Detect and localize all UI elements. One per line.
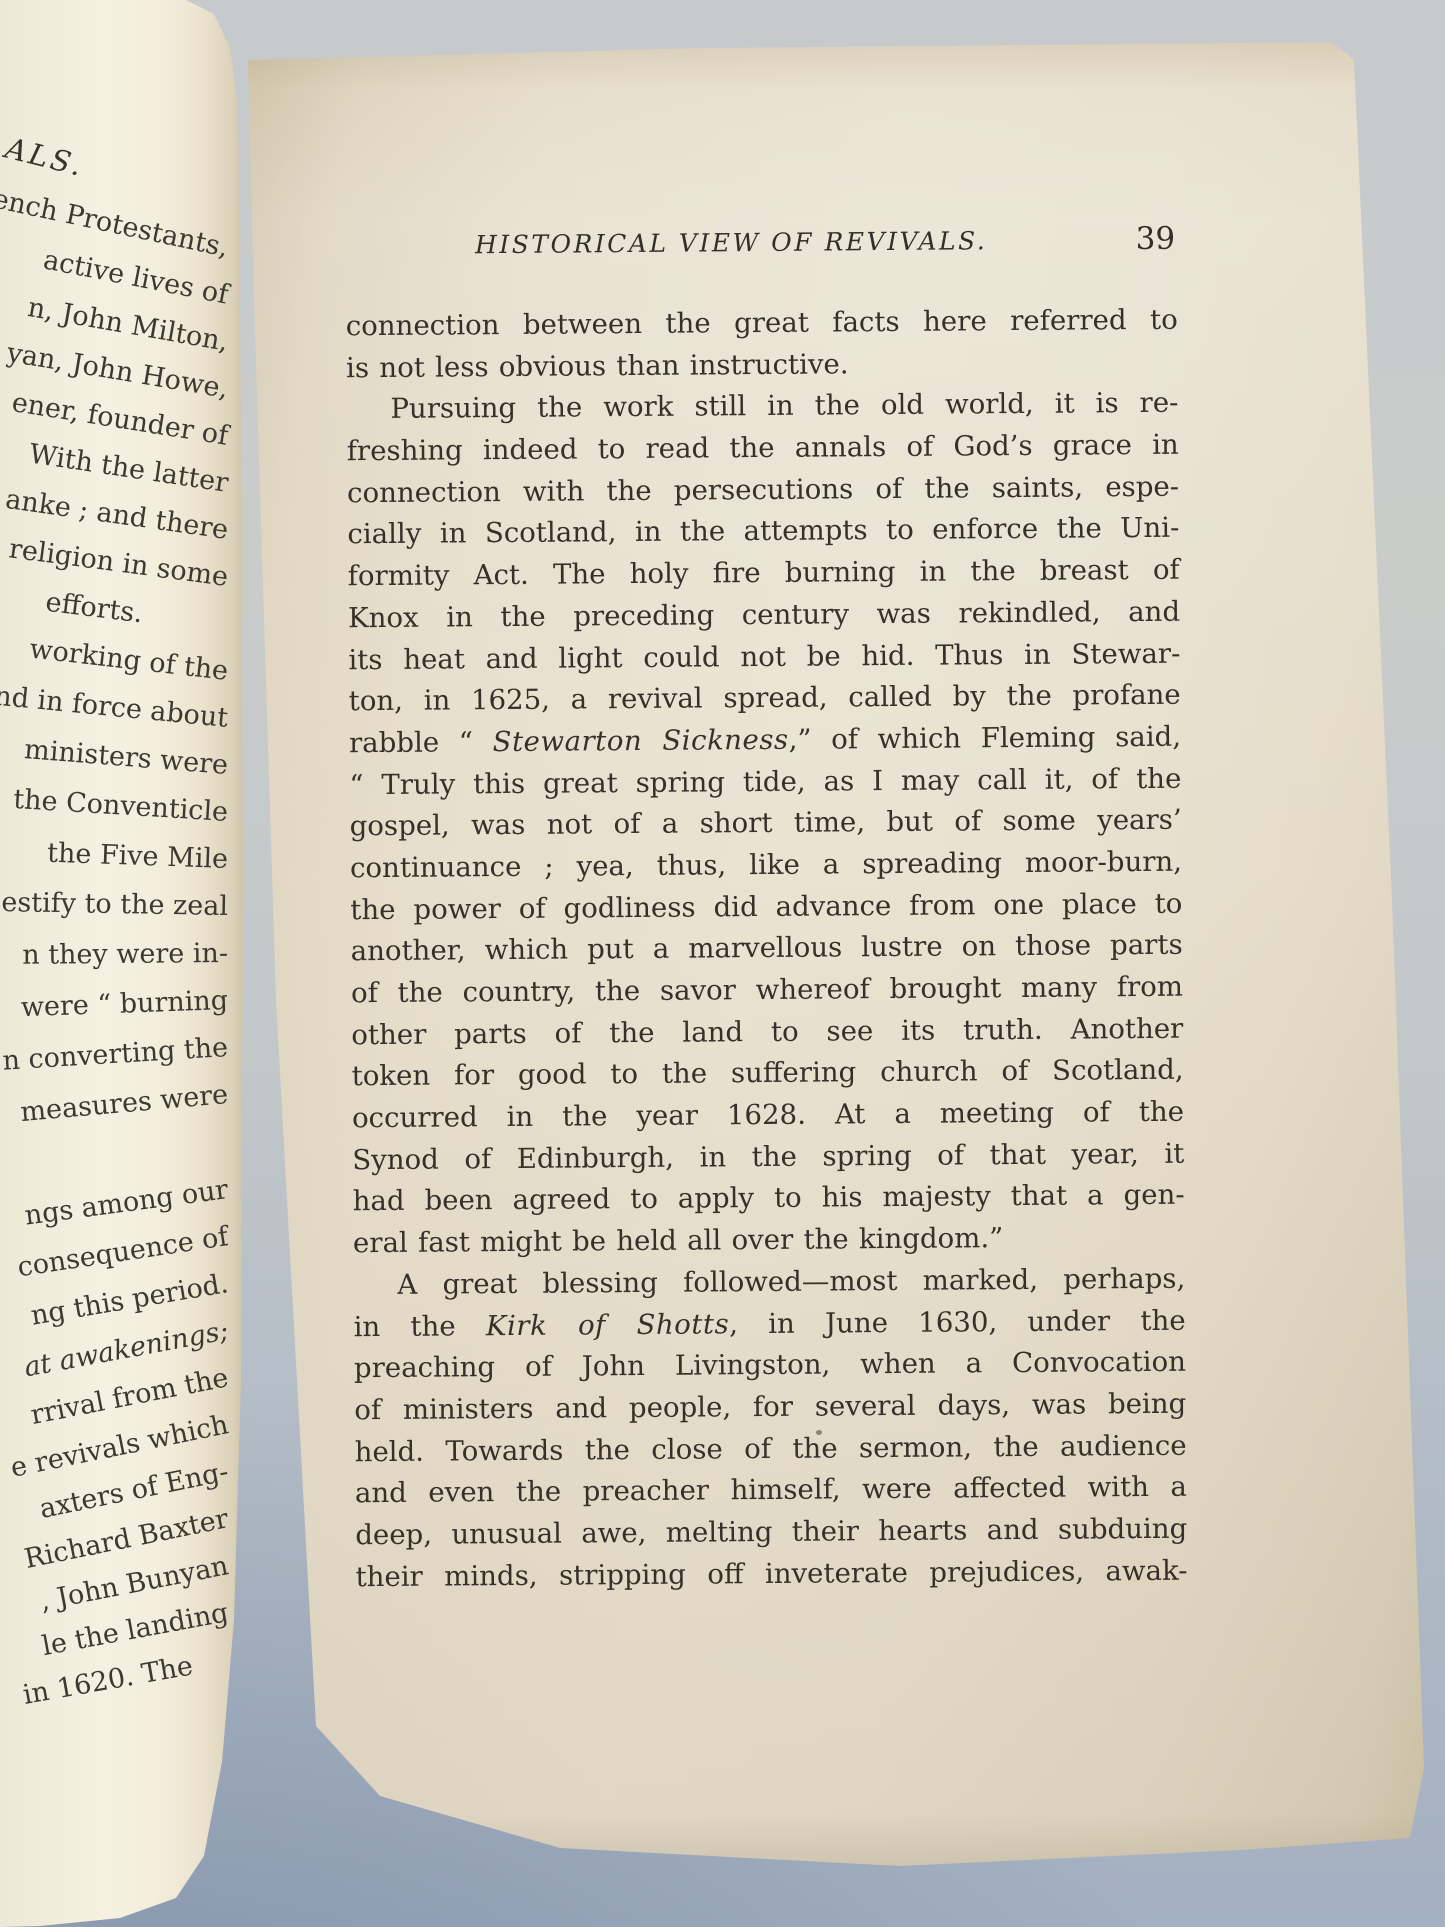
- body-line: Pursuing the work still in the old world…: [346, 382, 1178, 430]
- left-page-text: ench Protestants, active lives of n, Joh…: [0, 225, 228, 1683]
- body-line: of ministers and people, for several day…: [354, 1383, 1186, 1431]
- body-line: gospel, was not of a short time, but of …: [350, 799, 1182, 847]
- body-text: connection between the great facts here …: [346, 299, 1188, 1598]
- body-line: of the country, the savor whereof brough…: [351, 966, 1183, 1014]
- body-line: connection with the persecutions of the …: [347, 465, 1179, 513]
- body-line: continuance ; yea, thus, like a spreadin…: [350, 841, 1182, 889]
- body-line: their minds, stripping off inveterate pr…: [355, 1549, 1187, 1597]
- body-line: other parts of the land to see its truth…: [351, 1007, 1183, 1055]
- body-line-italic: Kirk of Shotts: [486, 1307, 730, 1342]
- left-page-line: n they were in-: [0, 930, 228, 980]
- book-page-right: HISTORICAL VIEW OF REVIVALS. 39 connecti…: [230, 36, 1430, 1868]
- body-line: cially in Scotland, in the attempts to e…: [347, 507, 1179, 555]
- body-line: token for good to the suffering church o…: [352, 1049, 1184, 1097]
- left-page-line: estify to the zeal: [0, 876, 228, 930]
- body-line: A great blessing followed—most marked, p…: [353, 1258, 1185, 1306]
- body-line-segment: , in June 1630, under the: [729, 1303, 1186, 1340]
- page-title: HISTORICAL VIEW OF REVIVALS.: [475, 226, 987, 259]
- body-line: “ Truly this great spring tide, as I may…: [349, 757, 1181, 805]
- body-line: in the Kirk of Shotts, in June 1630, und…: [353, 1299, 1185, 1347]
- left-page-line: measures were: [0, 1071, 230, 1151]
- body-line: the power of godliness did advance from …: [350, 882, 1182, 930]
- body-line-segment: in the: [353, 1309, 486, 1343]
- body-line: deep, unusual awe, melting their hearts …: [355, 1508, 1187, 1556]
- page-number: 39: [1136, 221, 1176, 257]
- body-line: is not less obvious than instructive.: [346, 340, 1178, 388]
- body-line: held. Towards the close of the sermon, t…: [354, 1424, 1186, 1472]
- left-page-header-fragment: ALS.: [2, 131, 88, 183]
- body-line: Synod of Edinburgh, in the spring of tha…: [352, 1132, 1184, 1180]
- body-line: Knox in the preceding century was rekind…: [348, 591, 1180, 639]
- body-line-segment: rabble “: [349, 725, 493, 759]
- body-line: and even the preacher himself, were affe…: [355, 1466, 1187, 1514]
- body-line: its heat and light could not be hid. Thu…: [348, 632, 1180, 680]
- body-line: connection between the great facts here …: [346, 299, 1178, 347]
- book-photo: HISTORICAL VIEW OF REVIVALS. 39 connecti…: [0, 0, 1445, 1927]
- body-line: eral fast might be held all over the kin…: [353, 1216, 1185, 1264]
- body-line: formity Act. The holy fire burning in th…: [348, 549, 1180, 597]
- body-line: ton, in 1625, a revival spread, called b…: [349, 674, 1181, 722]
- body-line: had been agreed to apply to his majesty …: [352, 1174, 1184, 1222]
- body-line: preaching of John Livingston, when a Con…: [354, 1341, 1186, 1389]
- book-page-left: ALS. ench Protestants, active lives of n…: [0, 0, 250, 1927]
- page-content: HISTORICAL VIEW OF REVIVALS. 39 connecti…: [345, 223, 1188, 1598]
- body-line: another, which put a marvellous lustre o…: [351, 924, 1183, 972]
- body-line-segment: ,” of which Fleming said,: [789, 720, 1182, 756]
- body-line-italic: Stewarton Sickness: [492, 723, 788, 758]
- body-line: occurred in the year 1628. At a meeting …: [352, 1091, 1184, 1139]
- body-line: freshing indeed to read the annals of Go…: [347, 424, 1179, 472]
- body-line: rabble “ Stewarton Sickness,” of which F…: [349, 716, 1181, 764]
- running-head: HISTORICAL VIEW OF REVIVALS. 39: [345, 223, 1177, 272]
